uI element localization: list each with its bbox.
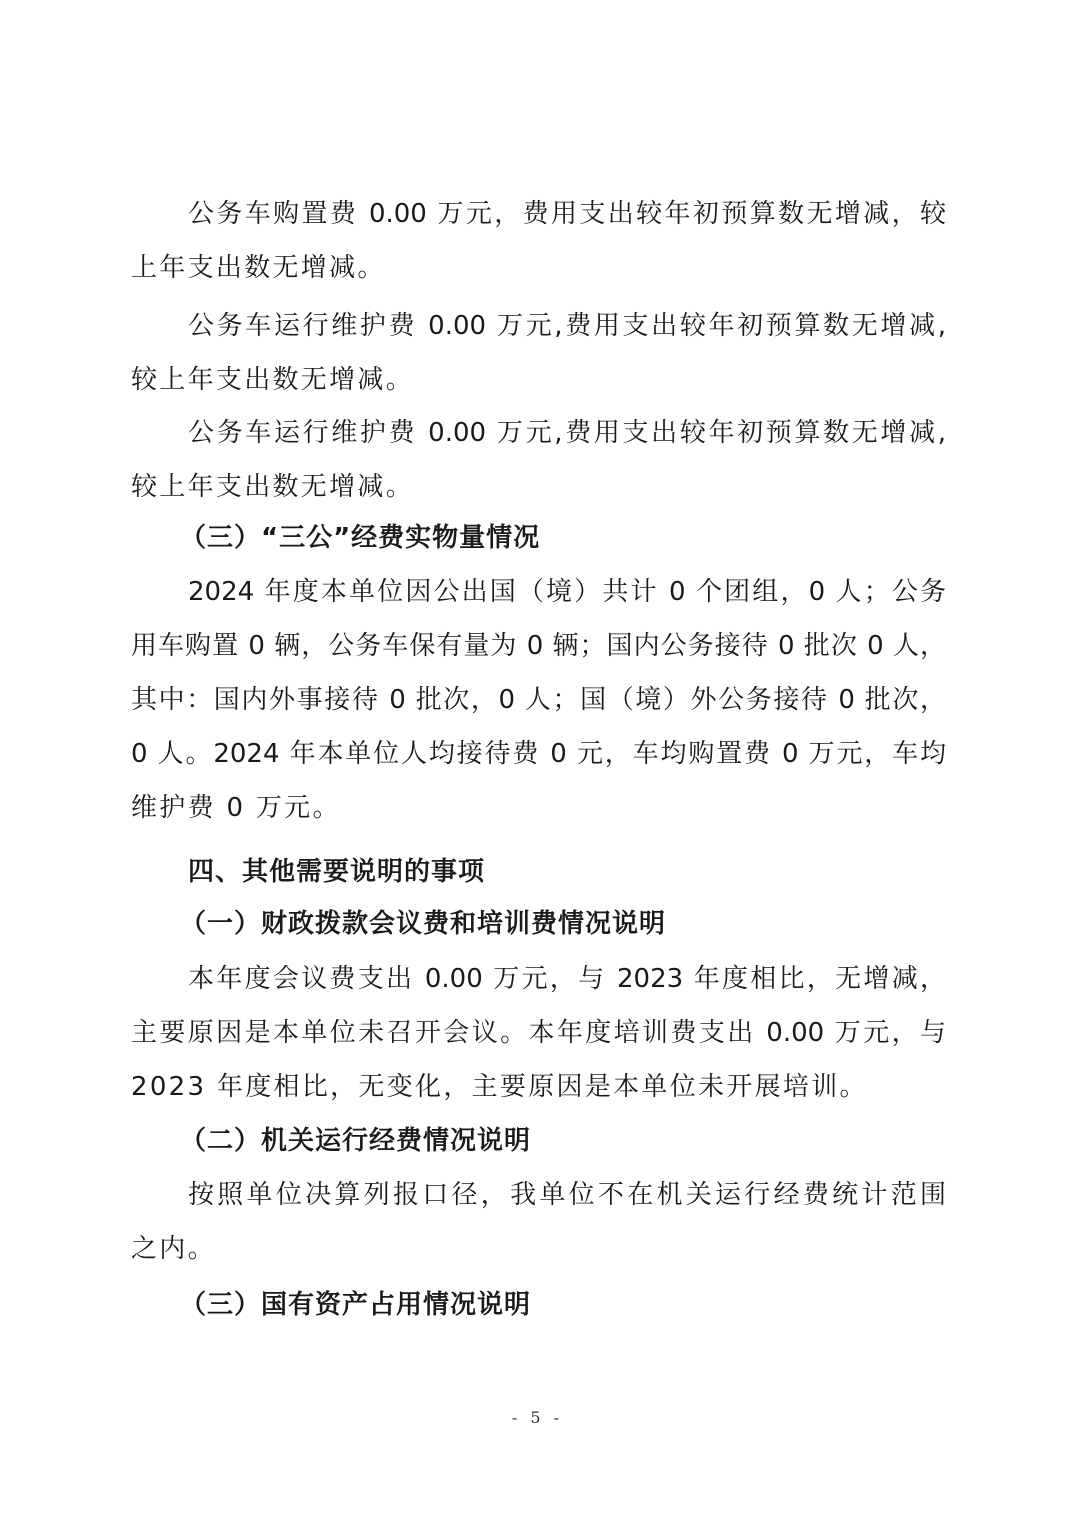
section-three-public-line-5: 维护费 0 万元。 (131, 791, 946, 825)
meeting-training-line-2: 主要原因是本单位未召开会议。本年度培训费支出 0.00 万元，与 (131, 1016, 946, 1050)
meeting-training-line-3: 2023 年度相比，无变化，主要原因是本单位未开展培训。 (131, 1070, 946, 1104)
paragraph-vehicle-maintenance-repeat-line-1: 公务车运行维护费 0.00 万元,费用支出较年初预算数无增减, (188, 416, 946, 450)
paragraph-vehicle-maintenance-repeat-line-2: 较上年支出数无增减。 (131, 470, 946, 504)
subsection-heading-meeting-training-fees: （一）财政拨款会议费和培训费情况说明 (180, 907, 995, 941)
paragraph-vehicle-maintenance-line-1: 公务车运行维护费 0.00 万元,费用支出较年初预算数无增减, (188, 309, 946, 343)
operating-expenses-line-2: 之内。 (131, 1232, 946, 1266)
page-number: - 5 - (0, 1408, 1075, 1427)
document-page: 公务车购置费 0.00 万元，费用支出较年初预算数无增减，较 上年支出数无增减。… (0, 0, 1075, 1520)
section-three-public-line-3: 其中：国内外事接待 0 批次，0 人；国（境）外公务接待 0 批次， (131, 683, 946, 717)
paragraph-vehicle-purchase-line-1: 公务车购置费 0.00 万元，费用支出较年初预算数无增减，较 (188, 197, 946, 231)
paragraph-vehicle-maintenance-line-2: 较上年支出数无增减。 (131, 363, 946, 397)
section-three-public-line-1: 2024 年度本单位因公出国（境）共计 0 个团组，0 人；公务 (188, 575, 946, 609)
subsection-heading-state-assets: （三）国有资产占用情况说明 (180, 1288, 995, 1322)
paragraph-vehicle-purchase-line-2: 上年支出数无增减。 (131, 251, 946, 285)
section-heading-three-public-quantities: （三）“三公”经费实物量情况 (180, 521, 995, 555)
meeting-training-line-1: 本年度会议费支出 0.00 万元，与 2023 年度相比，无增减， (188, 962, 946, 996)
section-three-public-line-4: 0 人。2024 年本单位人均接待费 0 元，车均购置费 0 万元，车均 (131, 737, 946, 771)
section-three-public-line-2: 用车购置 0 辆，公务车保有量为 0 辆；国内公务接待 0 批次 0 人， (131, 629, 946, 663)
subsection-heading-operating-expenses: （二）机关运行经费情况说明 (180, 1124, 995, 1158)
operating-expenses-line-1: 按照单位决算列报口径，我单位不在机关运行经费统计范围 (188, 1178, 946, 1212)
section-heading-other-matters: 四、其他需要说明的事项 (188, 855, 1003, 889)
